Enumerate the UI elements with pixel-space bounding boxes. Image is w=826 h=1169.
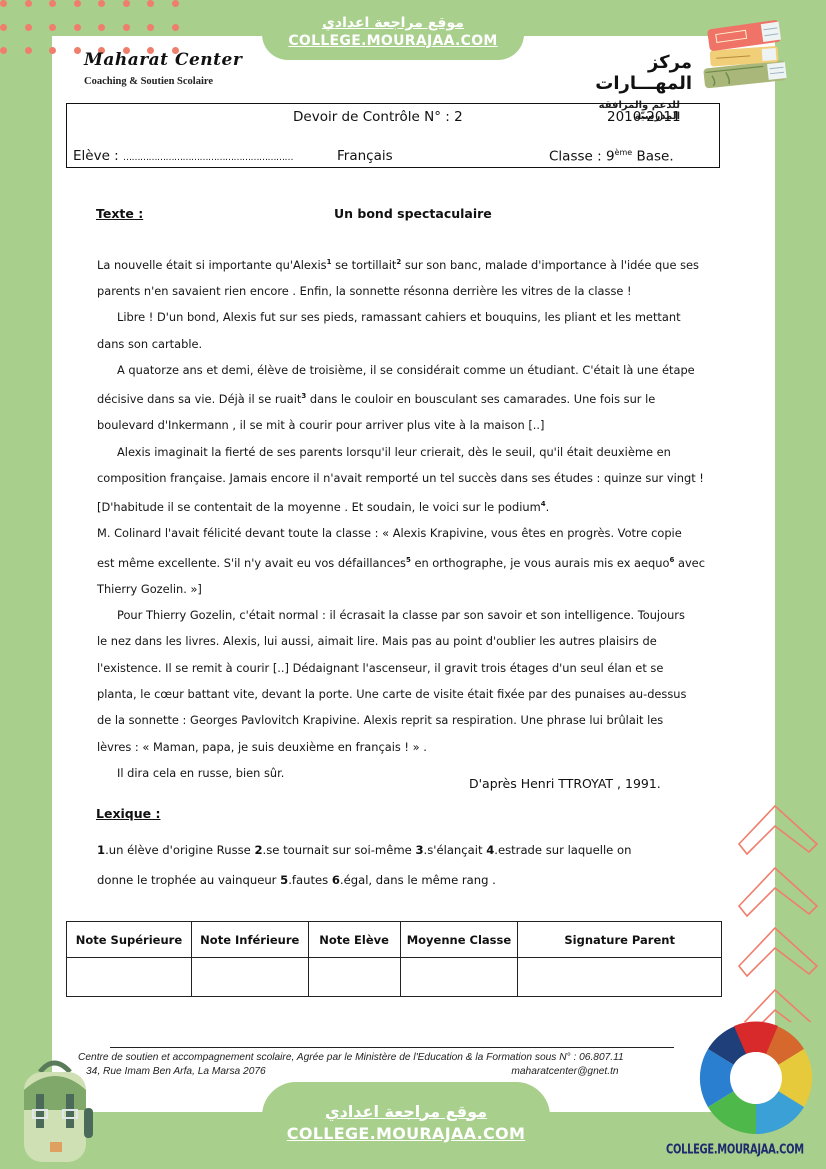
text-section-heading: Texte : — [96, 206, 143, 221]
decorative-dot — [49, 0, 56, 7]
logo-brand-name: Maharat Center — [84, 50, 242, 70]
class-label: Classe : 9ème Base. — [549, 148, 674, 165]
footnote-marker: 4 — [541, 500, 546, 508]
left-green-band — [0, 0, 52, 1169]
passage-line: La nouvelle était si importante qu'Alexi… — [97, 249, 687, 278]
exam-title: Devoir de Contrôle N° : 2 — [293, 109, 463, 125]
footnote-marker: 5 — [406, 556, 411, 564]
decorative-dot — [147, 0, 154, 7]
site-banner-top-url[interactable]: COLLEGE.MOURAJAA.COM — [288, 32, 497, 50]
author-attribution: D'après Henri TTROYAT , 1991. — [469, 776, 661, 791]
grades-table-row — [67, 958, 722, 997]
exam-header-box: Devoir de Contrôle N° : 2 2010-2011 Elèv… — [66, 103, 720, 168]
footnote-marker: 3 — [301, 392, 306, 400]
passage-line: l'existence. Il se remit à courir [..] D… — [97, 655, 687, 681]
passage-line: boulevard d'Inkermann , il se mit à cour… — [97, 412, 687, 438]
decorative-dot — [147, 24, 154, 31]
decorative-dot — [25, 24, 32, 31]
site-banner-bottom[interactable]: موقع مراجعة اعدادي COLLEGE.MOURAJAA.COM — [262, 1082, 550, 1169]
grades-column-header: Note Inférieure — [191, 922, 308, 958]
passage-body: La nouvelle était si importante qu'Alexi… — [97, 249, 687, 786]
passage-line: Thierry Gozelin. »] — [97, 576, 687, 602]
backpack-icon — [10, 1052, 100, 1169]
student-name-field[interactable]: Elève : …………………………………………………… — [73, 148, 293, 164]
decorative-dot — [25, 0, 32, 7]
lexique-heading: Lexique : — [96, 806, 160, 821]
grades-cell[interactable] — [191, 958, 308, 997]
decorative-dot — [123, 0, 130, 7]
passage-line: de la sonnette : Georges Pavlovitch Krap… — [97, 707, 687, 733]
passage-line: composition française. Jamais encore il … — [97, 465, 687, 491]
footer-divider — [110, 1047, 674, 1048]
subjects-wheel-icon — [696, 1020, 816, 1138]
grades-column-header: Note Elève — [308, 922, 400, 958]
grades-cell[interactable] — [308, 958, 400, 997]
decorative-dot — [123, 24, 130, 31]
site-banner-top[interactable]: موقع مراجعة اعدادي COLLEGE.MOURAJAA.COM — [262, 0, 524, 60]
footnote-marker: 1 — [327, 258, 332, 266]
grades-table-header-row: Note SupérieureNote InférieureNote Elève… — [67, 922, 722, 958]
passage-line: planta, le cœur battant vite, devant la … — [97, 681, 687, 707]
footer-address: Centre de soutien et accompagnement scol… — [78, 1051, 698, 1079]
decorative-dot — [74, 24, 81, 31]
passage-line: Alexis imaginait la fierté de ses parent… — [97, 439, 687, 465]
passage-line: M. Colinard l'avait félicité devant tout… — [97, 520, 687, 546]
text-title: Un bond spectaculaire — [334, 206, 492, 221]
passage-line: parents n'en savaient rien encore . Enfi… — [97, 278, 687, 304]
passage-line: dans son cartable. — [97, 331, 687, 357]
student-label: Elève : — [73, 148, 119, 164]
passage-line: décisive dans sa vie. Déjà il se ruait3 … — [97, 383, 687, 412]
decorative-dot — [98, 24, 105, 31]
chevron-up-decoration-icon — [735, 792, 825, 1022]
passage-line: Libre ! D'un bond, Alexis fut sur ses pi… — [97, 304, 687, 330]
decorative-dot — [0, 0, 7, 7]
decorative-dot — [49, 47, 56, 54]
passage-line: le nez dans les livres. Alexis, lui auss… — [97, 628, 687, 654]
grades-column-header: Signature Parent — [518, 922, 722, 958]
grades-column-header: Moyenne Classe — [400, 922, 518, 958]
decorative-dot — [25, 47, 32, 54]
lexique-line: donne le trophée au vainqueur 5.fautes 6… — [97, 865, 697, 895]
site-banner-top-arabic[interactable]: موقع مراجعة اعدادي — [322, 14, 464, 32]
decorative-dot — [74, 47, 81, 54]
grades-cell[interactable] — [518, 958, 722, 997]
corner-site-label[interactable]: COLLEGE.MOURAJAA.COM — [666, 1142, 804, 1158]
lexique-body: 1.un élève d'origine Russe 2.se tournait… — [97, 835, 697, 895]
site-banner-bottom-arabic[interactable]: موقع مراجعة اعدادي — [325, 1101, 487, 1123]
school-year: 2010-2011 — [607, 109, 681, 125]
passage-line: [D'habitude il se contentait de la moyen… — [97, 491, 687, 520]
decorative-dot — [0, 24, 7, 31]
grades-table: Note SupérieureNote InférieureNote Elève… — [66, 921, 722, 997]
footer-line-2: 34, Rue Imam Ben Arfa, La Marsa 2076 mah… — [78, 1065, 698, 1079]
passage-line: Pour Thierry Gozelin, c'était normal : i… — [97, 602, 687, 628]
decorative-dot — [172, 24, 179, 31]
grades-cell[interactable] — [67, 958, 192, 997]
site-banner-bottom-url[interactable]: COLLEGE.MOURAJAA.COM — [287, 1123, 525, 1145]
decorative-dot — [49, 24, 56, 31]
footer-email[interactable]: maharatcenter@gnet.tn — [511, 1066, 618, 1077]
subject-label: Français — [337, 148, 393, 164]
passage-line: A quatorze ans et demi, élève de troisiè… — [97, 357, 687, 383]
footnote-marker: 6 — [669, 556, 674, 564]
grades-column-header: Note Supérieure — [67, 922, 192, 958]
logo-brand-arabic: مركز المهـــارات — [560, 52, 720, 94]
logo-subtitle: Coaching & Soutien Scolaire — [84, 76, 242, 87]
student-name-blank[interactable]: …………………………………………………… — [123, 153, 293, 163]
footnote-marker: 2 — [396, 258, 401, 266]
passage-line: est même excellente. S'il n'y avait eu v… — [97, 547, 687, 576]
decorative-dot — [0, 47, 7, 54]
passage-line: lèvres : « Maman, papa, je suis deuxième… — [97, 734, 687, 760]
footer-address-street: 34, Rue Imam Ben Arfa, La Marsa 2076 — [86, 1066, 266, 1077]
decorative-dot — [98, 0, 105, 7]
grades-cell[interactable] — [400, 958, 518, 997]
decorative-dot — [172, 0, 179, 7]
footer-line-1: Centre de soutien et accompagnement scol… — [78, 1051, 698, 1065]
decorative-dot — [74, 0, 81, 7]
lexique-line: 1.un élève d'origine Russe 2.se tournait… — [97, 835, 697, 865]
maharat-center-logo: Maharat Center Coaching & Soutien Scolai… — [84, 50, 242, 87]
